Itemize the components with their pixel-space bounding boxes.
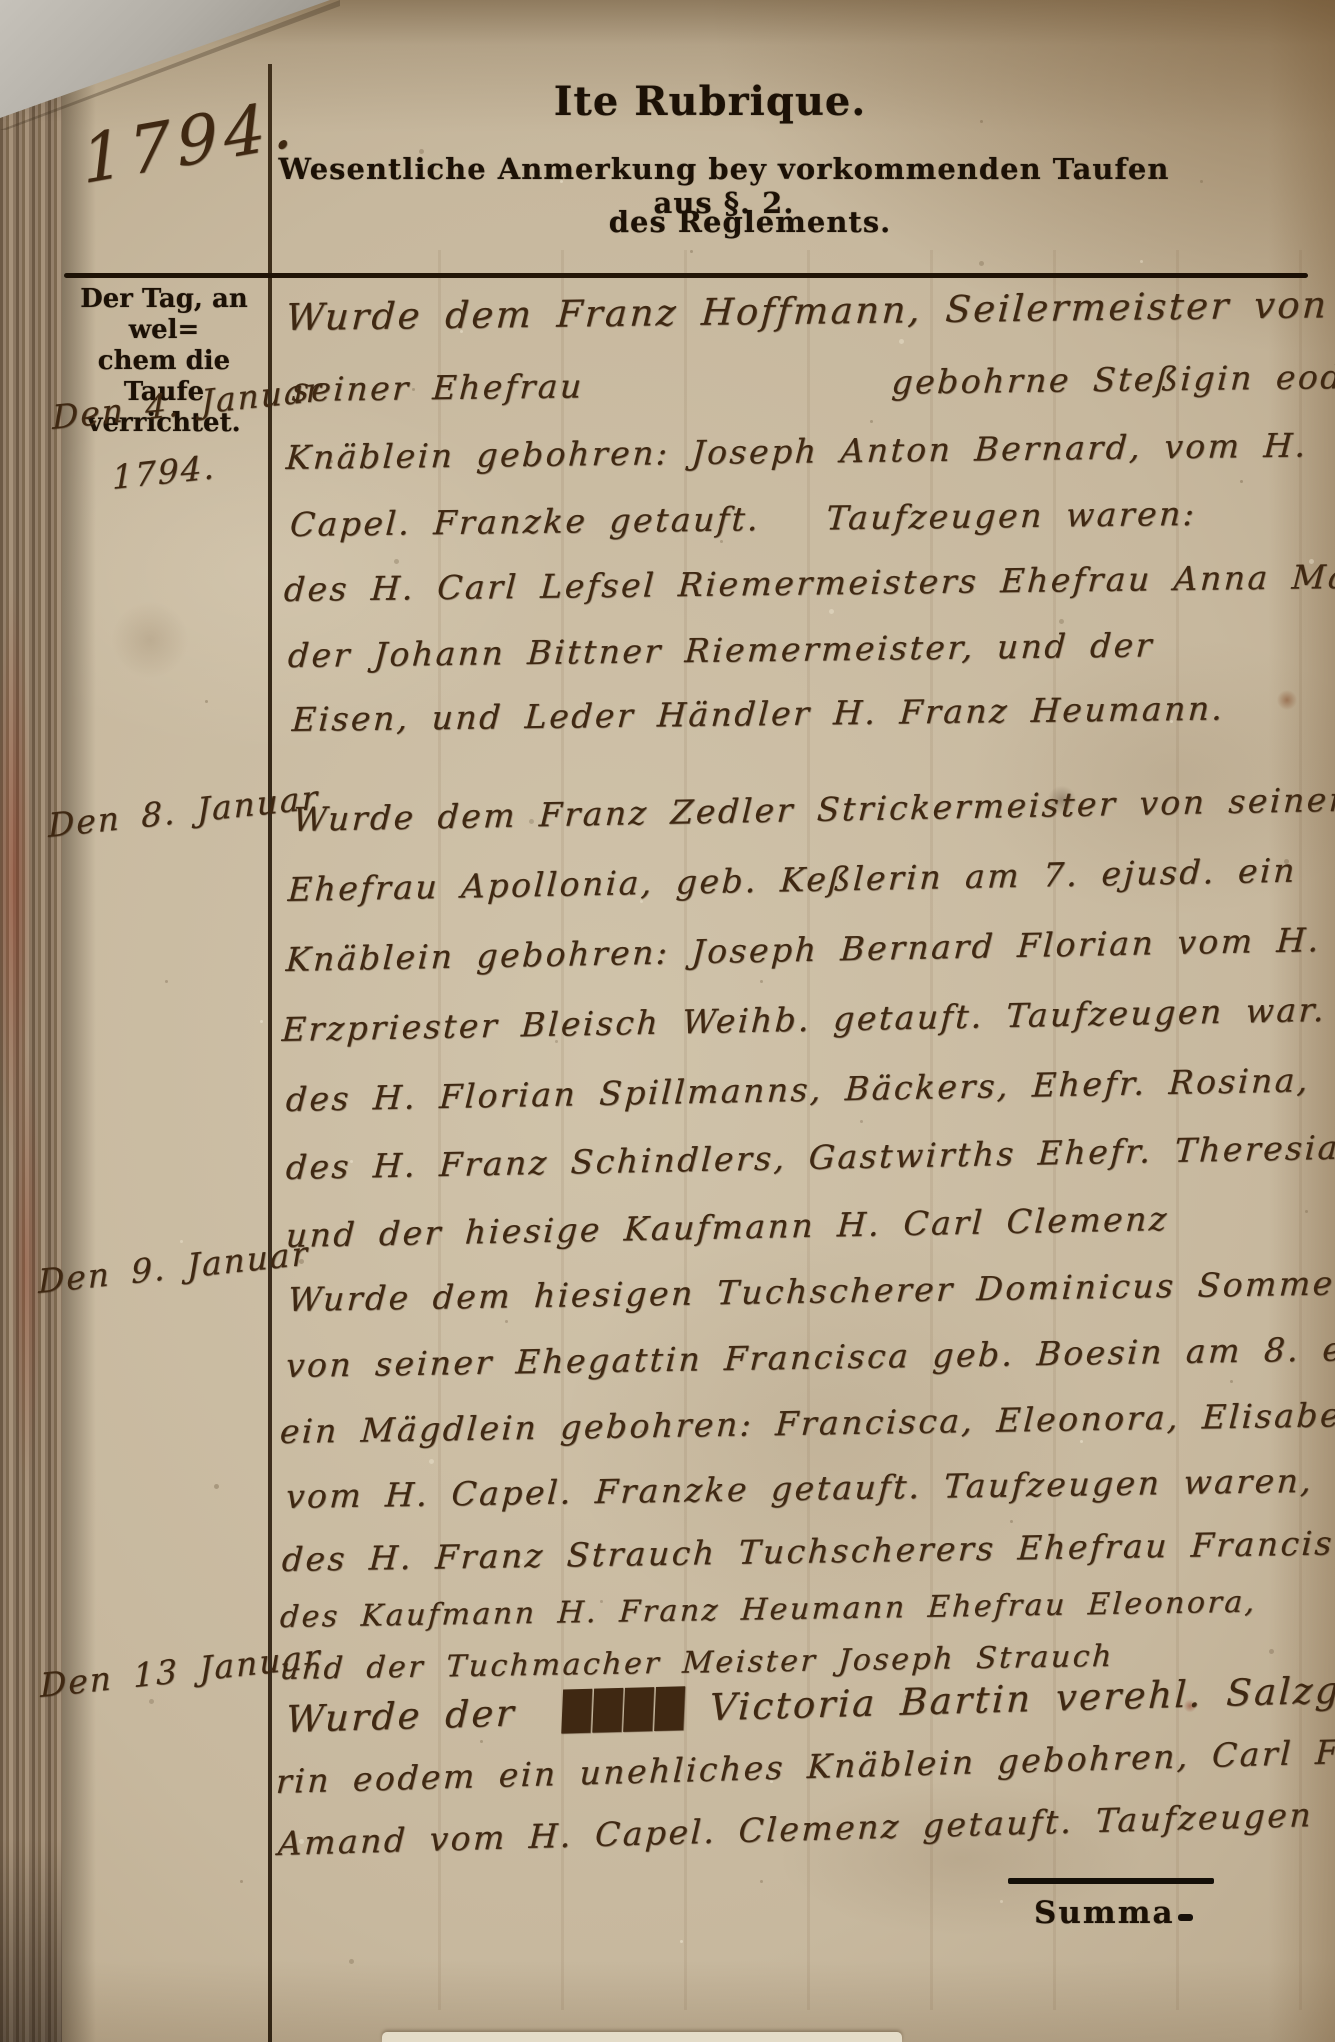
summa-rule (1008, 1878, 1214, 1884)
date-column-header-line1: Der Tag, an wel= (62, 284, 266, 346)
column-divider-rule (268, 64, 272, 2042)
page-title: Ite Rubrique. (430, 78, 990, 125)
next-page-edge (382, 2032, 902, 2042)
page-subtitle-line2: des Reglements. (420, 205, 1080, 239)
summa-label: Summa (1034, 1895, 1175, 1931)
header-rule (64, 273, 1308, 278)
book-fore-edge (0, 0, 62, 2042)
summa-dash-mark (1178, 1914, 1193, 1921)
manuscript-photo: Ite Rubrique. Wesentliche Anmerkung bey … (0, 0, 1335, 2042)
